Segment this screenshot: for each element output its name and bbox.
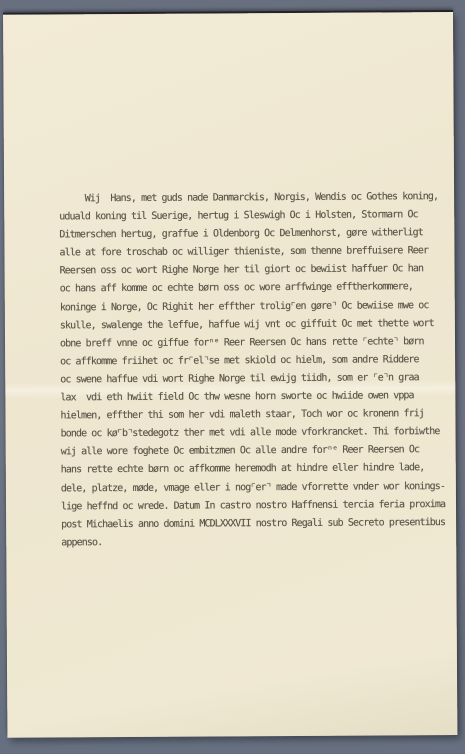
document-line: lax vdi eth hwiit field Oc thw wesne hor…	[60, 387, 452, 407]
document-line: appenso.	[61, 532, 453, 552]
document-line: wij alle wore foghete Oc embitzmen Oc al…	[61, 441, 453, 461]
document-line: dele, platze, møde, vmage eller i nog⌜er…	[61, 478, 453, 498]
document-line: post Michaelis anno domini MCDLXXXVII no…	[61, 514, 453, 534]
document-line: oc affkomme friihet oc fr⌜el⌝se met skio…	[60, 351, 452, 371]
document-line: hielmen, effther thi som her vdi maleth …	[60, 405, 452, 425]
document-line: Ditmerschen hertug, graffue i Oldenborg …	[59, 224, 451, 244]
document-line: uduald koning til Suerige, hertug i Sles…	[59, 206, 451, 226]
document-line: skulle, swalenge the leffue, haffue wij …	[60, 315, 452, 335]
paper-sheet: Wij Hans, met guds nade Danmarckis, Norg…	[3, 12, 457, 738]
paper-smudge	[7, 615, 458, 738]
document-line: koninge i Norge, Oc Righit her effther t…	[60, 297, 452, 317]
document-line: obne breff vnne oc giffue forⁿᵉ Reer Ree…	[60, 333, 452, 353]
document-line: hans rette echte børn oc affkomme heremo…	[61, 459, 453, 479]
document-line: oc hans aff komme oc echte børn oss oc w…	[60, 278, 452, 298]
document-line: oc swene haffue vdi wort Righe Norge til…	[60, 369, 452, 389]
document-line: bonde oc kø⌜b⌝stedegotz ther met vdi all…	[61, 423, 453, 443]
photo-background: Wij Hans, met guds nade Danmarckis, Norg…	[0, 0, 465, 754]
document-text: Wij Hans, met guds nade Danmarckis, Norg…	[59, 188, 453, 552]
document-line: Reersen oss oc wort Righe Norge her til …	[60, 260, 452, 280]
document-line: Wij Hans, met guds nade Danmarckis, Norg…	[59, 188, 451, 208]
document-line: alle at fore troschab oc williger thieni…	[59, 242, 451, 262]
document-line: lige heffnd oc wrede. Datum In castro no…	[61, 496, 453, 516]
